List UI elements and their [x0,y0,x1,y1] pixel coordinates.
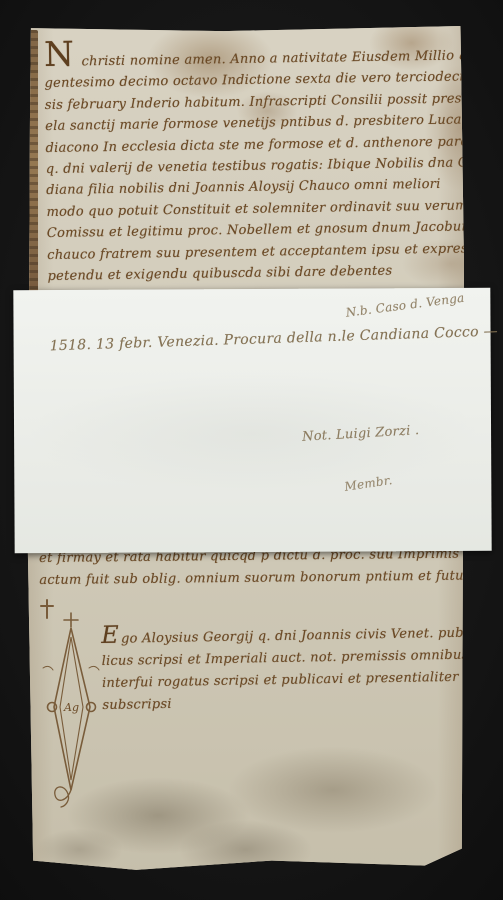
slip-notary-name: Not. Luigi Zorzi . [302,423,420,445]
notarial-subscription-block: Ego Aloysius Georgij q. dni Joannis civi… [101,618,453,717]
signum-initials: Ag [63,701,79,714]
slip-date-summary: 1518. 13 febr. Venezia. Procura della n.… [49,323,498,354]
slip-archivist-note: N.b. Caso d. Venga [345,291,465,320]
scanned-document-photo: N christi nomine amen. Anno a nativitate… [0,0,503,900]
slip-material-note: Membr. [344,473,394,494]
archival-slip: N.b. Caso d. Venga 1518. 13 febr. Venezi… [13,288,491,553]
deed-text-block: N christi nomine amen. Anno a nativitate… [44,44,456,288]
manuscript-line: subscripsi [102,689,452,717]
manuscript-line: actum fuit sub oblig. omnium suorum bono… [39,566,459,592]
parchment-binding-edge [27,30,38,298]
